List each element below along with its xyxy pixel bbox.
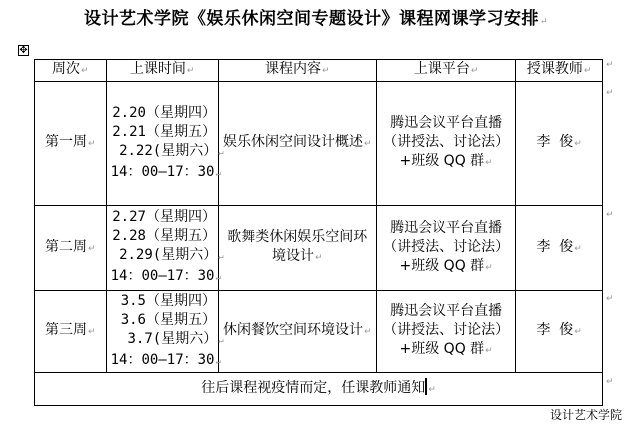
week-text: 第二周 bbox=[45, 239, 87, 255]
header-label: 授课教师 bbox=[527, 61, 583, 77]
time-cell[interactable]: 2.20（星期四） 2.21（星期五） 2.22(星期六）↵ 14：00—17：… bbox=[106, 82, 218, 206]
platform-cell[interactable]: 腾迅会议平台直播（讲授法、讨论法）+班级 QQ 群↵ bbox=[377, 82, 516, 206]
header-platform[interactable]: 上课平台↵ bbox=[377, 60, 516, 82]
table-row: 第二周↵ 2.27（星期四） 2.28（星期五） 2.29(星期六）↵ 14：0… bbox=[35, 206, 603, 291]
date-line: 2.28（星期五） bbox=[111, 227, 218, 246]
teacher-cell[interactable]: 李 俊↵ bbox=[516, 206, 603, 291]
week-cell[interactable]: 第三周↵ bbox=[35, 291, 107, 373]
date-line: 2.21（星期五） bbox=[111, 123, 218, 142]
paragraph-mark-icon: ↵ bbox=[540, 17, 548, 27]
date-line: 2.27（星期四） bbox=[111, 208, 218, 227]
time-range: 14：00—17：30 bbox=[111, 268, 215, 284]
paragraph-mark-icon: ↵ bbox=[187, 66, 195, 76]
paragraph-mark-icon: ↵ bbox=[485, 346, 493, 356]
header-time[interactable]: 上课时间↵ bbox=[106, 60, 218, 82]
row-end-mark-icon: ↵ bbox=[606, 88, 614, 98]
header-week[interactable]: 周次↵ bbox=[35, 60, 107, 82]
content-text: 歌舞类休闲娱乐空间环境设计 bbox=[227, 229, 367, 264]
content-text: 休闲餐饮空间环境设计 bbox=[223, 322, 363, 338]
week-cell[interactable]: 第一周↵ bbox=[35, 82, 107, 206]
content-cell[interactable]: 休闲餐饮空间环境设计↵ bbox=[218, 291, 376, 373]
header-label: 周次 bbox=[52, 61, 80, 77]
paragraph-mark-icon: ↵ bbox=[218, 252, 223, 262]
paragraph-mark-icon: ↵ bbox=[485, 158, 493, 168]
time-cell[interactable]: 3.5（星期四） 3.6（星期五） 3.7(星期六）↵ 14：00—17：30↵ bbox=[106, 291, 218, 373]
paragraph-mark-icon: ↵ bbox=[471, 66, 479, 76]
date-line: 2.29(星期六） bbox=[119, 247, 217, 263]
paragraph-mark-icon: ↵ bbox=[215, 273, 220, 283]
header-label: 上课时间 bbox=[130, 61, 186, 77]
paragraph-mark-icon: ↵ bbox=[88, 244, 96, 254]
title-text: 设计艺术学院《娱乐休闲空间专题设计》课程网课学习安排 bbox=[84, 9, 539, 29]
paragraph-mark-icon: ↵ bbox=[428, 385, 436, 395]
paragraph-mark-icon: ↵ bbox=[574, 139, 582, 149]
paragraph-mark-icon: ↵ bbox=[364, 327, 372, 337]
paragraph-mark-icon: ↵ bbox=[315, 253, 323, 263]
table-move-handle-icon[interactable]: ✥ bbox=[18, 45, 29, 56]
schedule-table: 周次↵ 上课时间↵ 课程内容↵ 上课平台↵ 授课教师↵ 第一周↵ 2.20（星期… bbox=[34, 59, 603, 406]
paragraph-mark-icon: ↵ bbox=[364, 139, 372, 149]
paragraph-mark-icon: ↵ bbox=[88, 327, 96, 337]
week-text: 第三周 bbox=[45, 322, 87, 338]
paragraph-mark-icon: ↵ bbox=[81, 66, 89, 76]
teacher-text: 李 俊 bbox=[536, 239, 573, 255]
row-end-mark-icon: ↵ bbox=[606, 60, 614, 70]
paragraph-mark-icon: ↵ bbox=[485, 263, 493, 273]
time-cell[interactable]: 2.27（星期四） 2.28（星期五） 2.29(星期六）↵ 14：00—17：… bbox=[106, 206, 218, 291]
time-range: 14：00—17：30 bbox=[111, 352, 215, 368]
paragraph-mark-icon: ↵ bbox=[574, 327, 582, 337]
table-row: 第一周↵ 2.20（星期四） 2.21（星期五） 2.22(星期六）↵ 14：0… bbox=[35, 82, 603, 206]
platform-cell[interactable]: 腾迅会议平台直播（讲授法、讨论法）+班级 QQ 群↵ bbox=[377, 206, 516, 291]
paragraph-mark-icon: ↵ bbox=[88, 139, 96, 149]
content-text: 娱乐休闲空间设计概述 bbox=[223, 134, 363, 150]
platform-cell[interactable]: 腾迅会议平台直播（讲授法、讨论法）+班级 QQ 群↵ bbox=[377, 291, 516, 373]
date-line: 2.22(星期六） bbox=[119, 143, 217, 159]
date-line: 3.6（星期五） bbox=[121, 312, 216, 328]
paragraph-mark-icon: ↵ bbox=[322, 66, 330, 76]
table-header-row: 周次↵ 上课时间↵ 课程内容↵ 上课平台↵ 授课教师↵ bbox=[35, 60, 603, 82]
note-row: 往后课程视疫情而定，任课教师通知↵ bbox=[35, 373, 603, 406]
row-end-mark-icon: ↵ bbox=[606, 377, 614, 387]
date-line: 2.20（星期四） bbox=[111, 104, 218, 123]
header-label: 上课平台 bbox=[414, 61, 470, 77]
content-cell[interactable]: 歌舞类休闲娱乐空间环境设计↵ bbox=[218, 206, 376, 291]
row-end-mark-icon: ↵ bbox=[606, 294, 614, 304]
header-teacher[interactable]: 授课教师↵ bbox=[516, 60, 603, 82]
content-cell[interactable]: 娱乐休闲空间设计概述↵ bbox=[218, 82, 376, 206]
note-cell[interactable]: 往后课程视疫情而定，任课教师通知↵ bbox=[35, 373, 603, 406]
teacher-cell[interactable]: 李 俊↵ bbox=[516, 82, 603, 206]
row-end-mark-icon: ↵ bbox=[606, 210, 614, 220]
teacher-text: 李 俊 bbox=[536, 322, 573, 338]
footer-text: 设计艺术学院 bbox=[550, 406, 622, 423]
date-line: 3.5（星期四） bbox=[121, 293, 216, 309]
paragraph-mark-icon: ↵ bbox=[215, 169, 220, 179]
header-content[interactable]: 课程内容↵ bbox=[218, 60, 376, 82]
document-title: 设计艺术学院《娱乐休闲空间专题设计》课程网课学习安排↵ bbox=[0, 4, 632, 29]
date-line: 3.7(星期六） bbox=[127, 331, 217, 347]
paragraph-mark-icon: ↵ bbox=[574, 244, 582, 254]
teacher-text: 李 俊 bbox=[536, 134, 573, 150]
table-row: 第三周↵ 3.5（星期四） 3.6（星期五） 3.7(星期六）↵ 14：00—1… bbox=[35, 291, 603, 373]
week-cell[interactable]: 第二周↵ bbox=[35, 206, 107, 291]
text-cursor bbox=[425, 378, 427, 395]
note-text: 往后课程视疫情而定，任课教师通知 bbox=[201, 380, 425, 396]
paragraph-mark-icon: ↵ bbox=[584, 66, 592, 76]
time-range: 14：00—17：30 bbox=[111, 164, 215, 180]
week-text: 第一周 bbox=[45, 134, 87, 150]
paragraph-mark-icon: ↵ bbox=[215, 357, 220, 367]
header-label: 课程内容 bbox=[265, 61, 321, 77]
teacher-cell[interactable]: 李 俊↵ bbox=[516, 291, 603, 373]
